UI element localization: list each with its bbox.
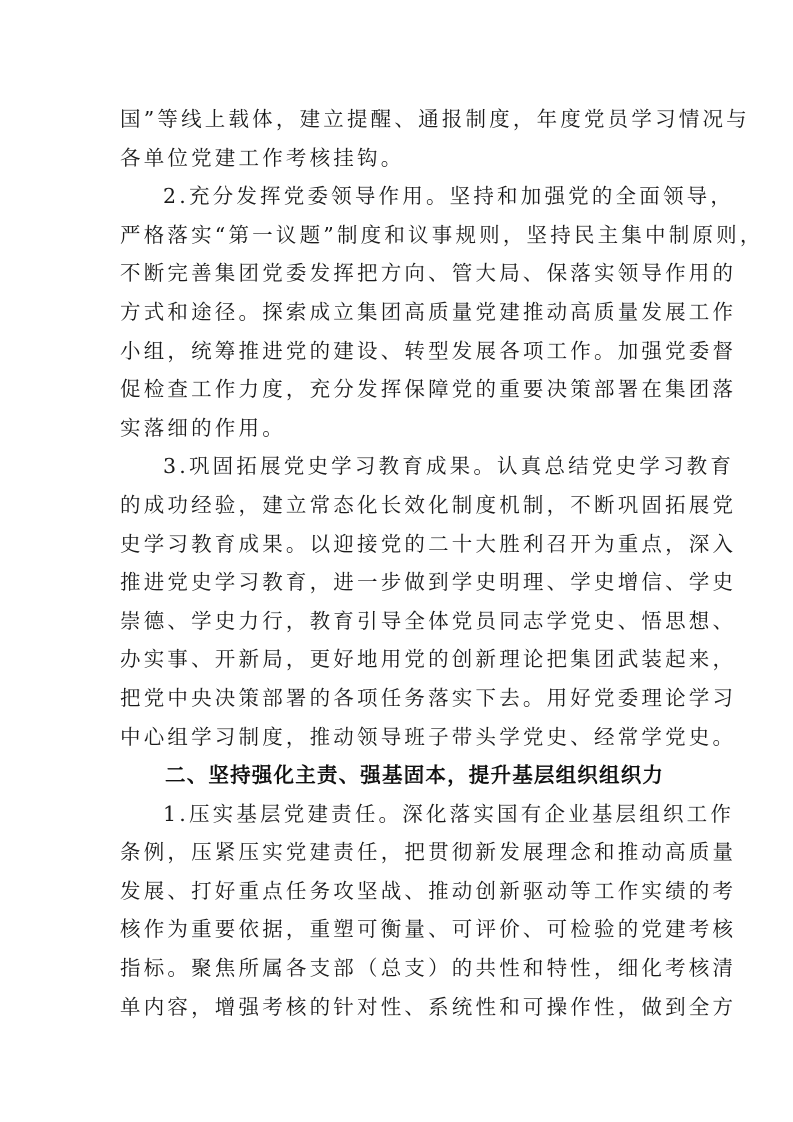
text-line: 核作为重要依据，重塑可衡量、可评价、可检验的党建考核 bbox=[120, 910, 676, 949]
paragraph-grassroots-responsibility: 1.压实基层党建责任。深化落实国有企业基层组织工作 条例，压紧压实党建责任，把贯… bbox=[120, 795, 676, 1027]
text-line: 1.压实基层党建责任。深化落实国有企业基层组织工作 bbox=[120, 795, 676, 834]
text-line: 的成功经验，建立常态化长效化制度机制，不断巩固拓展党 bbox=[120, 486, 676, 525]
text-line: 史学习教育成果。以迎接党的二十大胜利召开为重点，深入 bbox=[120, 525, 676, 564]
text-line: 不断完善集团党委发挥把方向、管大局、保落实领导作用的 bbox=[120, 254, 676, 293]
text-line: 条例，压紧压实党建责任，把贯彻新发展理念和推动高质量 bbox=[120, 833, 676, 872]
text-line: 小组，统筹推进党的建设、转型发展各项工作。加强党委督 bbox=[120, 332, 676, 371]
paragraph-party-committee-leadership: 2.充分发挥党委领导作用。坚持和加强党的全面领导， 严格落实“第一议题”制度和议… bbox=[120, 177, 676, 447]
section-heading: 二、坚持强化主责、强基固本，提升基层组织组织力 bbox=[120, 756, 676, 795]
text-line: 2.充分发挥党委领导作用。坚持和加强党的全面领导， bbox=[120, 177, 676, 216]
text-line: 方式和途径。探索成立集团高质量党建推动高质量发展工作 bbox=[120, 293, 676, 332]
text-line: 促检查工作力度，充分发挥保障党的重要决策部署在集团落 bbox=[120, 370, 676, 409]
text-line: 3.巩固拓展党史学习教育成果。认真总结党史学习教育 bbox=[120, 447, 676, 486]
text-line: 崇德、学史力行，教育引导全体党员同志学党史、悟思想、 bbox=[120, 602, 676, 641]
text-line: 国”等线上载体，建立提醒、通报制度，年度党员学习情况与 bbox=[120, 100, 676, 139]
text-line: 把党中央决策部署的各项任务落实下去。用好党委理论学习 bbox=[120, 679, 676, 718]
text-line: 办实事、开新局，更好地用党的创新理论把集团武装起来， bbox=[120, 640, 676, 679]
text-line: 中心组学习制度，推动领导班子带头学党史、经常学党史。 bbox=[120, 718, 676, 757]
text-line: 单内容，增强考核的针对性、系统性和可操作性，做到全方 bbox=[120, 988, 676, 1027]
document-page: 国”等线上载体，建立提醒、通报制度，年度党员学习情况与 各单位党建工作考核挂钩。… bbox=[120, 100, 676, 1026]
text-line: 推进党史学习教育，进一步做到学史明理、学史增信、学史 bbox=[120, 563, 676, 602]
text-line: 实落细的作用。 bbox=[120, 409, 676, 448]
text-line: 严格落实“第一议题”制度和议事规则，坚持民主集中制原则， bbox=[120, 216, 676, 255]
paragraph-party-history-education: 3.巩固拓展党史学习教育成果。认真总结党史学习教育 的成功经验，建立常态化长效化… bbox=[120, 447, 676, 756]
text-line: 指标。聚焦所属各支部（总支）的共性和特性，细化考核清 bbox=[120, 949, 676, 988]
text-line: 各单位党建工作考核挂钩。 bbox=[120, 139, 676, 178]
paragraph-continuation: 国”等线上载体，建立提醒、通报制度，年度党员学习情况与 各单位党建工作考核挂钩。 bbox=[120, 100, 676, 177]
text-line: 发展、打好重点任务攻坚战、推动创新驱动等工作实绩的考 bbox=[120, 872, 676, 911]
